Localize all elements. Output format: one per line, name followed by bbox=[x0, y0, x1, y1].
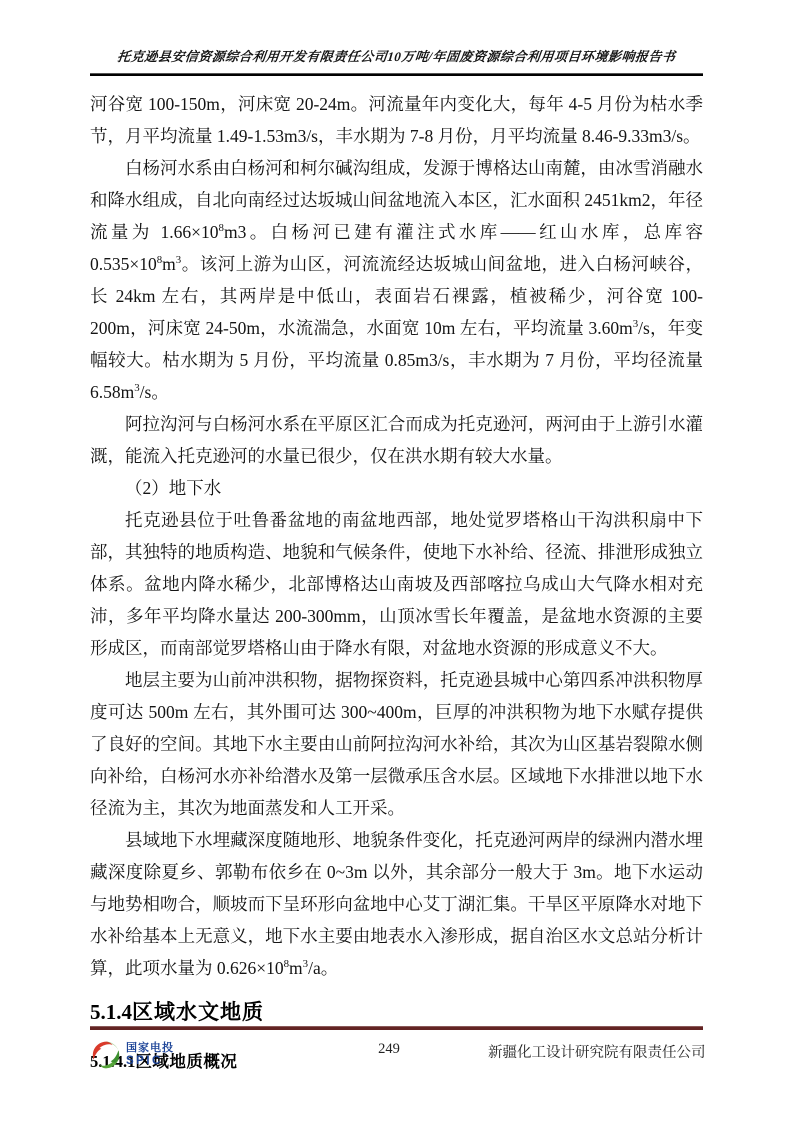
page-number: 249 bbox=[290, 1039, 488, 1058]
section-heading-number: 5.1.4 bbox=[90, 1000, 132, 1024]
footer-rule-line bbox=[90, 1026, 703, 1030]
spic-logo-english-name: SPIC bbox=[126, 1055, 174, 1067]
paragraph: 县域地下水埋藏深度随地形、地貌条件变化，托克逊河两岸的绿洲内潜水埋藏深度除夏乡、… bbox=[90, 824, 703, 984]
spic-logo-chinese-name: 国家电投 bbox=[126, 1043, 174, 1055]
paragraph: 白杨河水系由白杨河和柯尔碱沟组成，发源于博格达山南麓，由冰雪消融水和降水组成，自… bbox=[90, 152, 703, 408]
header-rule-line bbox=[90, 73, 703, 76]
header-title: 托克逊县安信资源综合利用开发有限责任公司10万吨/年固废资源综合利用项目环境影响… bbox=[89, 46, 704, 65]
paragraph: 河谷宽 100-150m，河床宽 20-24m。河流量年内变化大，每年 4-5 … bbox=[90, 88, 703, 152]
document-body: 河谷宽 100-150m，河床宽 20-24m。河流量年内变化大，每年 4-5 … bbox=[90, 88, 703, 1072]
paragraph: 地层主要为山前冲洪积物，据物探资料，托克逊县城中心第四系冲洪积物厚度可达 500… bbox=[90, 664, 703, 824]
paragraph: 阿拉沟河与白杨河水系在平原区汇合而成为托克逊河，两河由于上游引水灌溉，能流入托克… bbox=[90, 408, 703, 472]
section-heading-text: 区域水文地质 bbox=[132, 1001, 264, 1024]
page-footer: 国家电投 SPIC 249 新疆化工设计研究院有限责任公司 bbox=[90, 1026, 703, 1071]
spic-logo: 国家电投 SPIC bbox=[90, 1039, 290, 1071]
spic-logo-icon bbox=[90, 1039, 122, 1071]
footer-company-name: 新疆化工设计研究院有限责任公司 bbox=[488, 1039, 703, 1062]
list-label-groundwater: （2）地下水 bbox=[90, 472, 703, 504]
spic-logo-text: 国家电投 SPIC bbox=[126, 1043, 174, 1067]
paragraph: 托克逊县位于吐鲁番盆地的南盆地西部，地处觉罗塔格山干沟洪积扇中下部，其独特的地质… bbox=[90, 504, 703, 664]
page-header: 托克逊县安信资源综合利用开发有限责任公司10万吨/年固废资源综合利用项目环境影响… bbox=[90, 0, 703, 76]
footer-row: 国家电投 SPIC 249 新疆化工设计研究院有限责任公司 bbox=[90, 1039, 703, 1071]
document-page: 托克逊县安信资源综合利用开发有限责任公司10万吨/年固废资源综合利用项目环境影响… bbox=[0, 0, 793, 1122]
section-heading-5-1-4: 5.1.4区域水文地质 bbox=[90, 996, 703, 1026]
